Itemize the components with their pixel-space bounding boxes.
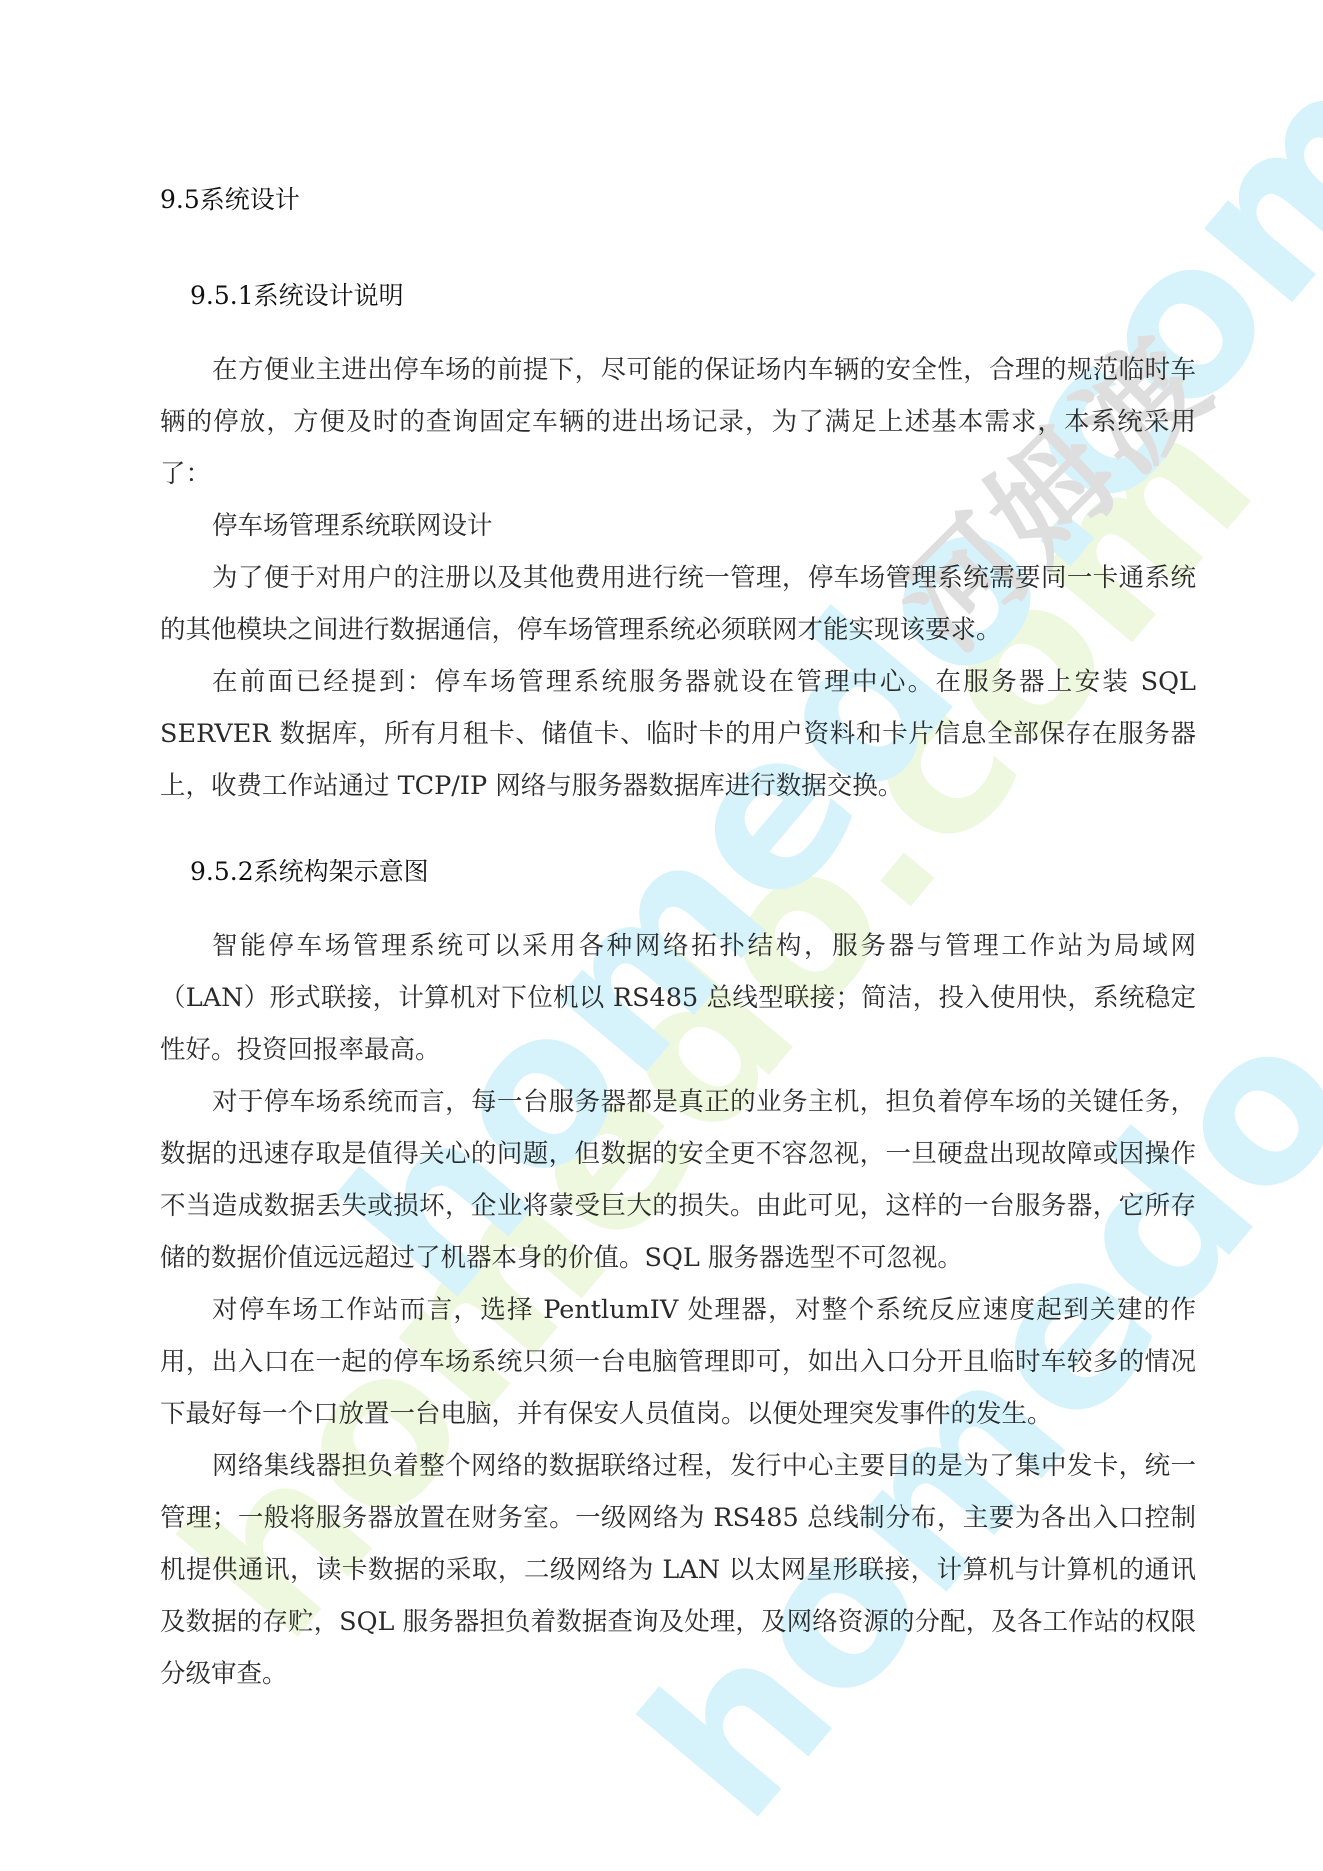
- paragraph: 在前面已经提到：停车场管理系统服务器就设在管理中心。在服务器上安装 SQL SE…: [160, 656, 1196, 812]
- paragraph: 智能停车场管理系统可以采用各种网络拓扑结构，服务器与管理工作站为局域网（LAN）…: [160, 920, 1196, 1076]
- section-heading: 9.5系统设计: [160, 180, 300, 216]
- subsection-heading-1: 9.5.1系统设计说明: [190, 276, 404, 312]
- paragraph: 对于停车场系统而言，每一台服务器都是真正的业务主机，担负着停车场的关键任务，数据…: [160, 1076, 1196, 1284]
- paragraph: 对停车场工作站而言，选择 PentlumIV 处理器，对整个系统反应速度起到关建…: [160, 1284, 1196, 1440]
- paragraph: 网络集线器担负着整个网络的数据联络过程，发行中心主要目的是为了集中发卡，统一管理…: [160, 1440, 1196, 1700]
- paragraph: 为了便于对用户的注册以及其他费用进行统一管理，停车场管理系统需要同一卡通系统的其…: [160, 552, 1196, 656]
- subsection-heading-2: 9.5.2系统构架示意图: [190, 852, 429, 888]
- paragraph: 在方便业主进出停车场的前提下，尽可能的保证场内车辆的安全性，合理的规范临时车辆的…: [160, 344, 1196, 500]
- paragraph: 停车场管理系统联网设计: [160, 500, 1196, 552]
